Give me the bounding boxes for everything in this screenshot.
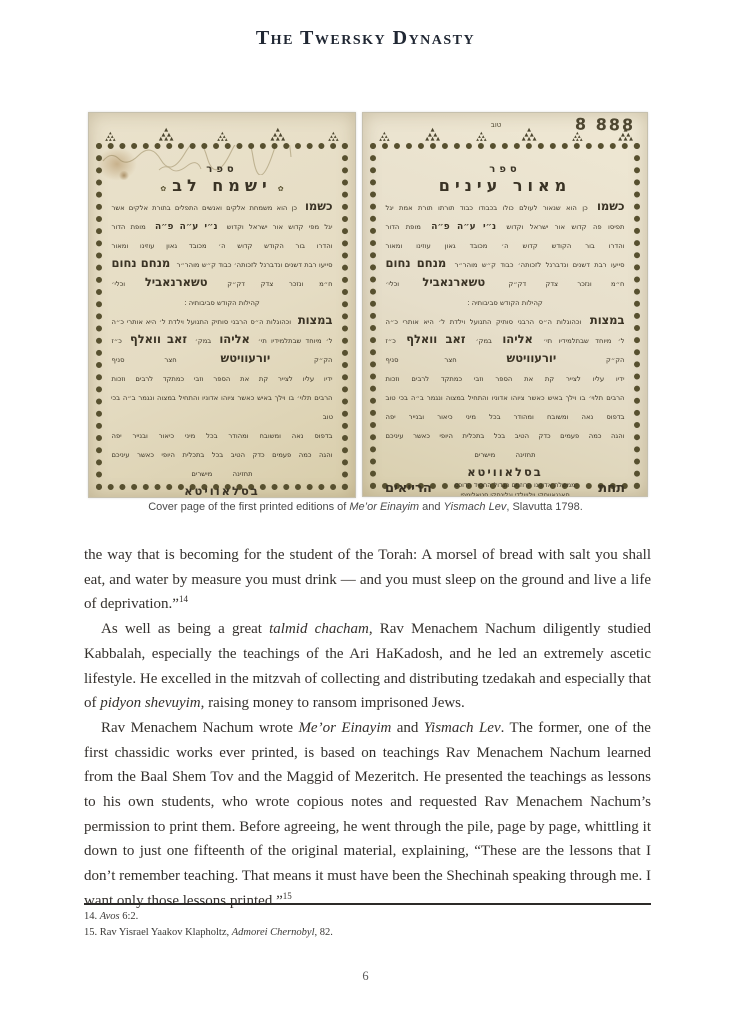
body-text: the way that is becoming for the student… bbox=[84, 543, 651, 914]
footnote-divider bbox=[84, 903, 651, 905]
tree-ornament-icon bbox=[476, 132, 486, 142]
running-head: The Twersky Dynasty bbox=[0, 27, 731, 50]
page-number: 6 bbox=[0, 969, 731, 984]
tree-ornament-row bbox=[103, 116, 341, 142]
tree-ornament-icon bbox=[328, 132, 338, 142]
tree-ornament-icon bbox=[379, 132, 389, 142]
tree-ornament-icon bbox=[270, 128, 285, 142]
tree-ornament-icon bbox=[522, 128, 537, 142]
meor-einayim-scan: 8 888 טוב ספרמאור עיניםכשמו כן הוא שנאור… bbox=[362, 112, 648, 497]
tree-ornament-icon bbox=[618, 128, 633, 142]
figure-caption: Cover page of the first printed editions… bbox=[0, 501, 731, 513]
tree-ornament-row bbox=[377, 116, 633, 142]
footnote: 15. Rav Yisrael Yaakov Klapholtz, Admore… bbox=[84, 925, 651, 941]
tree-ornament-icon bbox=[159, 128, 174, 142]
paragraph: the way that is becoming for the student… bbox=[84, 543, 651, 617]
ornament-border-frame: ספר✿ ישמח לב ✿כשמו כן הוא משמחת אלקים וא… bbox=[96, 143, 348, 490]
yismach-lev-scan: ספר✿ ישמח לב ✿כשמו כן הוא משמחת אלקים וא… bbox=[88, 112, 356, 498]
footnotes: 14. Avos 6:2. 15. Rav Yisrael Yaakov Kla… bbox=[84, 909, 651, 941]
tree-ornament-icon bbox=[105, 132, 115, 142]
ornament-border-frame: ספרמאור עיניםכשמו כן הוא שנאור לעולם כול… bbox=[370, 143, 640, 489]
paragraph: As well as being a great talmid chacham,… bbox=[84, 617, 651, 716]
book-page: The Twersky Dynasty ספר✿ ישמח לב ✿כשמו כ… bbox=[0, 0, 731, 1024]
paragraph: Rav Menachem Nachum wrote Me’or Einayim … bbox=[84, 716, 651, 914]
tree-ornament-icon bbox=[425, 128, 440, 142]
footnote: 14. Avos 6:2. bbox=[84, 909, 651, 925]
title-page-scans: ספר✿ ישמח לב ✿כשמו כן הוא משמחת אלקים וא… bbox=[88, 112, 648, 498]
tree-ornament-icon bbox=[572, 132, 582, 142]
tree-ornament-icon bbox=[217, 132, 227, 142]
